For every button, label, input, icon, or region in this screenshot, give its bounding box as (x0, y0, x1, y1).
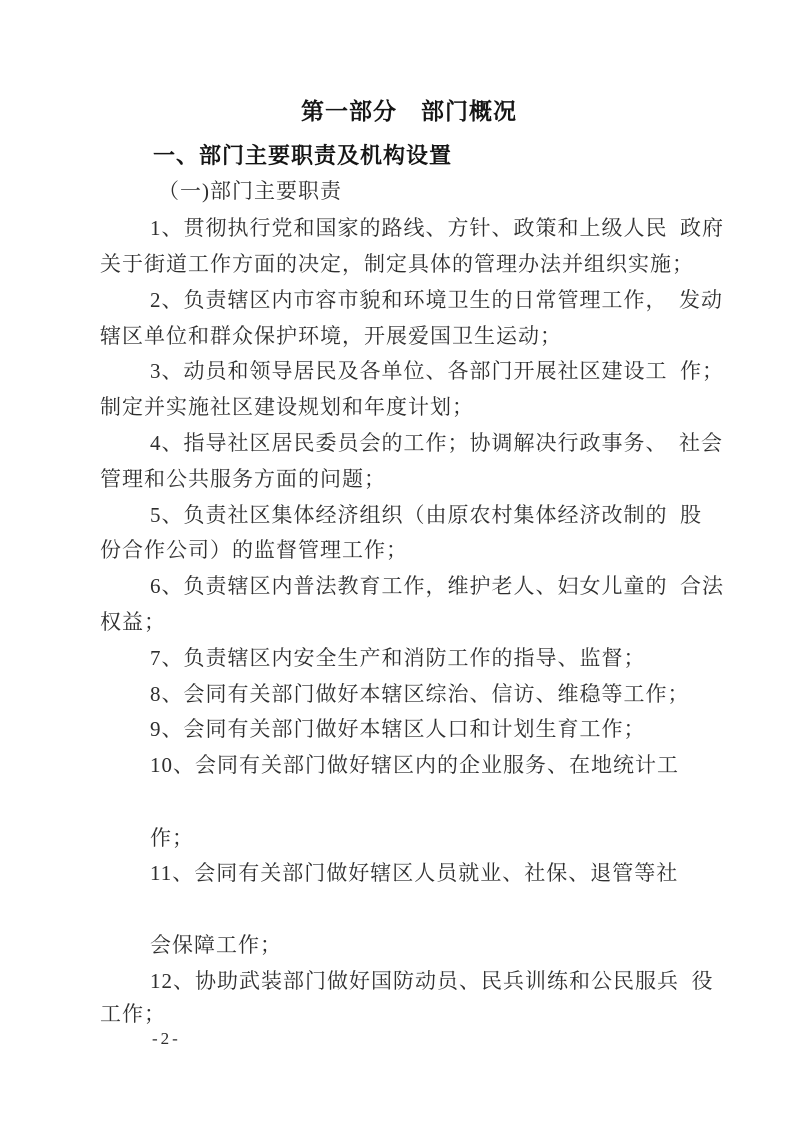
document-page: 第一部分 部门概况 一、部门主要职责及机构设置 （一)部门主要职责 1、贯彻执行… (0, 0, 793, 1122)
body-line: 9、会同有关部门做好本辖区人口和计划生育工作； (150, 712, 646, 746)
body-line: 权益； (100, 605, 166, 639)
subsection-heading: （一)部门主要职责 (158, 174, 342, 208)
body-line: 关于街道工作方面的决定，制定具体的管理办法并组织实施； (100, 247, 694, 281)
body-line: 2、负责辖区内市容市貌和环境卫生的日常管理工作， 发动 (150, 283, 723, 317)
body-line: 5、负责社区集体经济组织（由原农村集体经济改制的 股 (150, 498, 702, 532)
page-number: -2- (152, 1028, 181, 1050)
body-line: 4、指导社区居民委员会的工作；协调解决行政事务、 社会 (150, 426, 723, 460)
body-line: 辖区单位和群众保护环境，开展爱国卫生运动； (100, 319, 562, 353)
body-line: 8、会同有关部门做好本辖区综治、信访、维稳等工作； (150, 677, 690, 711)
body-line: 会保障工作； (150, 928, 282, 962)
body-line: 12、协助武装部门做好国防动员、民兵训练和公民服兵 役 (150, 964, 714, 998)
section-heading: 一、部门主要职责及机构设置 (153, 139, 452, 173)
body-line: 6、负责辖区内普法教育工作，维护老人、妇女儿童的 合法 (150, 569, 724, 603)
body-line: 3、动员和领导居民及各单位、各部门开展社区建设工 作； (150, 354, 724, 388)
body-line: 10、会同有关部门做好辖区内的企业服务、在地统计工 (150, 748, 679, 782)
body-line: 份合作公司）的监督管理工作； (100, 533, 408, 567)
body-line: 1、贯彻执行党和国家的路线、方针、政策和上级人民 政府 (150, 211, 724, 245)
body-line: 制定并实施社区建设规划和年度计划； (100, 390, 474, 424)
body-line: 工作； (100, 997, 166, 1031)
body-line: 管理和公共服务方面的问题； (100, 462, 386, 496)
body-line: 作； (150, 821, 194, 855)
body-line: 11、会同有关部门做好辖区人员就业、社保、退管等社 (150, 856, 678, 890)
document-title: 第一部分 部门概况 (0, 97, 793, 125)
body-line: 7、负责辖区内安全生产和消防工作的指导、监督； (150, 641, 646, 675)
